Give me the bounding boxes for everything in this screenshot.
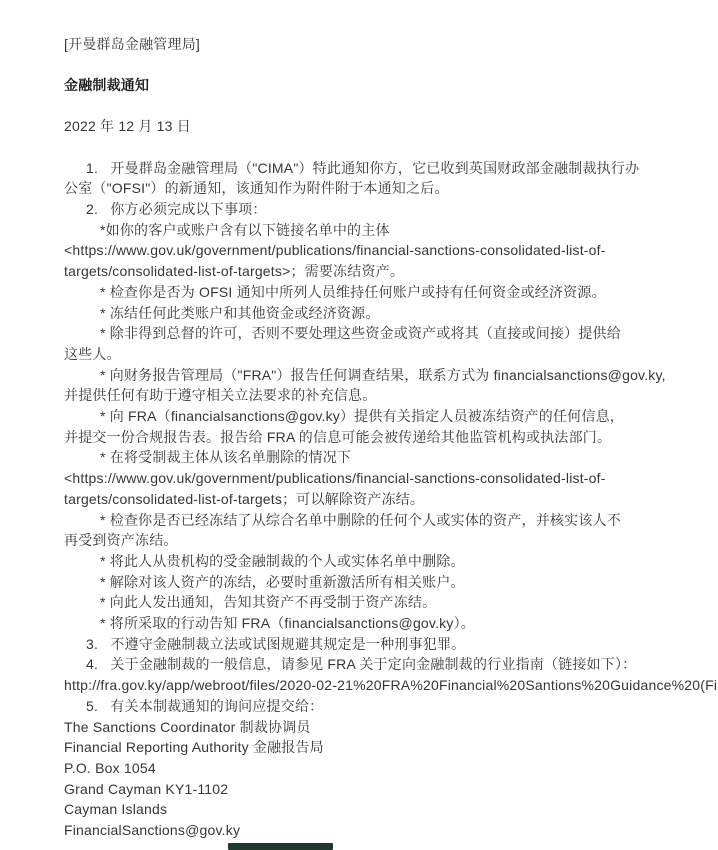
doc-line: Grand Cayman KY1-1102 <box>64 779 718 800</box>
doc-line: http://fra.gov.ky/app/webroot/files/2020… <box>64 675 718 696</box>
document-date: 2022 年 12 月 13 日 <box>64 116 718 137</box>
doc-line: Cayman Islands <box>64 799 718 820</box>
doc-line: 并提供任何有助于遵守相关立法要求的补充信息。 <box>64 385 718 406</box>
doc-line: 5. 有关本制裁通知的询问应提交给： <box>64 696 718 717</box>
doc-line: Financial Reporting Authority 金融报告局 <box>64 737 718 758</box>
doc-line: * 向此人发出通知，告知其资产不再受制于资产冻结。 <box>64 592 718 613</box>
doc-line: <https://www.gov.uk/government/publicati… <box>64 240 718 261</box>
doc-line: 这些人。 <box>64 344 718 365</box>
doc-body: 1. 开曼群岛金融管理局（"CIMA"）特此通知你方，它已收到英国财政部金融制裁… <box>64 158 718 841</box>
doc-line: * 将此人从贵机构的受金融制裁的个人或实体名单中删除。 <box>64 551 718 572</box>
document-title: 金融制裁通知 <box>64 75 718 96</box>
doc-line: targets/consolidated-list-of-targets；可以解… <box>64 489 718 510</box>
agency-header-tag: [开曼群岛金融管理局] <box>64 34 718 55</box>
doc-line: * 解除对该人资产的冻结，必要时重新激活所有相关账户。 <box>64 572 718 593</box>
doc-line: 公室（"OFSI"）的新通知，该通知作为附件附于本通知之后。 <box>64 178 718 199</box>
doc-line: 再受到资产冻结。 <box>64 530 718 551</box>
doc-line: targets/consolidated-list-of-targets>；需要… <box>64 261 718 282</box>
doc-line: * 向 FRA（financialsanctions@gov.ky）提供有关指定… <box>64 406 718 427</box>
doc-line: * 冻结任何此类账户和其他资金或经济资源。 <box>64 303 718 324</box>
doc-line: * 在将受制裁主体从该名单删除的情况下 <box>64 447 718 468</box>
doc-line: 4. 关于金融制裁的一般信息，请参见 FRA 关于定向金融制裁的行业指南（链接如… <box>64 654 718 675</box>
doc-line: * 将所采取的行动告知 FRA（financialsanctions@gov.k… <box>64 613 718 634</box>
doc-line: The Sanctions Coordinator 制裁协调员 <box>64 717 718 738</box>
doc-line: 2. 你方必须完成以下事项： <box>64 199 718 220</box>
doc-line: P.O. Box 1054 <box>64 758 718 779</box>
doc-line: * 检查你是否为 OFSI 通知中所列人员维持任何账户或持有任何资金或经济资源。 <box>64 282 718 303</box>
doc-line: 并提交一份合规报告表。报告给 FRA 的信息可能会被传递给其他监管机构或执法部门… <box>64 427 718 448</box>
doc-line: *如你的客户或账户含有以下链接名单中的主体 <box>64 220 718 241</box>
doc-line: 3. 不遵守金融制裁立法或试图规避其规定是一种刑事犯罪。 <box>64 634 718 655</box>
bottom-bar <box>228 843 333 850</box>
doc-line: <https://www.gov.uk/government/publicati… <box>64 468 718 489</box>
document-page: [开曼群岛金融管理局] 金融制裁通知 2022 年 12 月 13 日 1. 开… <box>0 0 718 850</box>
doc-line: * 检查你是否已经冻结了从综合名单中删除的任何个人或实体的资产，并核实该人不 <box>64 510 718 531</box>
doc-line: * 除非得到总督的许可，否则不要处理这些资金或资产或将其（直接或间接）提供给 <box>64 323 718 344</box>
doc-line: FinancialSanctions@gov.ky <box>64 820 718 841</box>
doc-line: * 向财务报告管理局（"FRA"）报告任何调查结果，联系方式为 financia… <box>64 365 718 386</box>
doc-line: 1. 开曼群岛金融管理局（"CIMA"）特此通知你方，它已收到英国财政部金融制裁… <box>64 158 718 179</box>
